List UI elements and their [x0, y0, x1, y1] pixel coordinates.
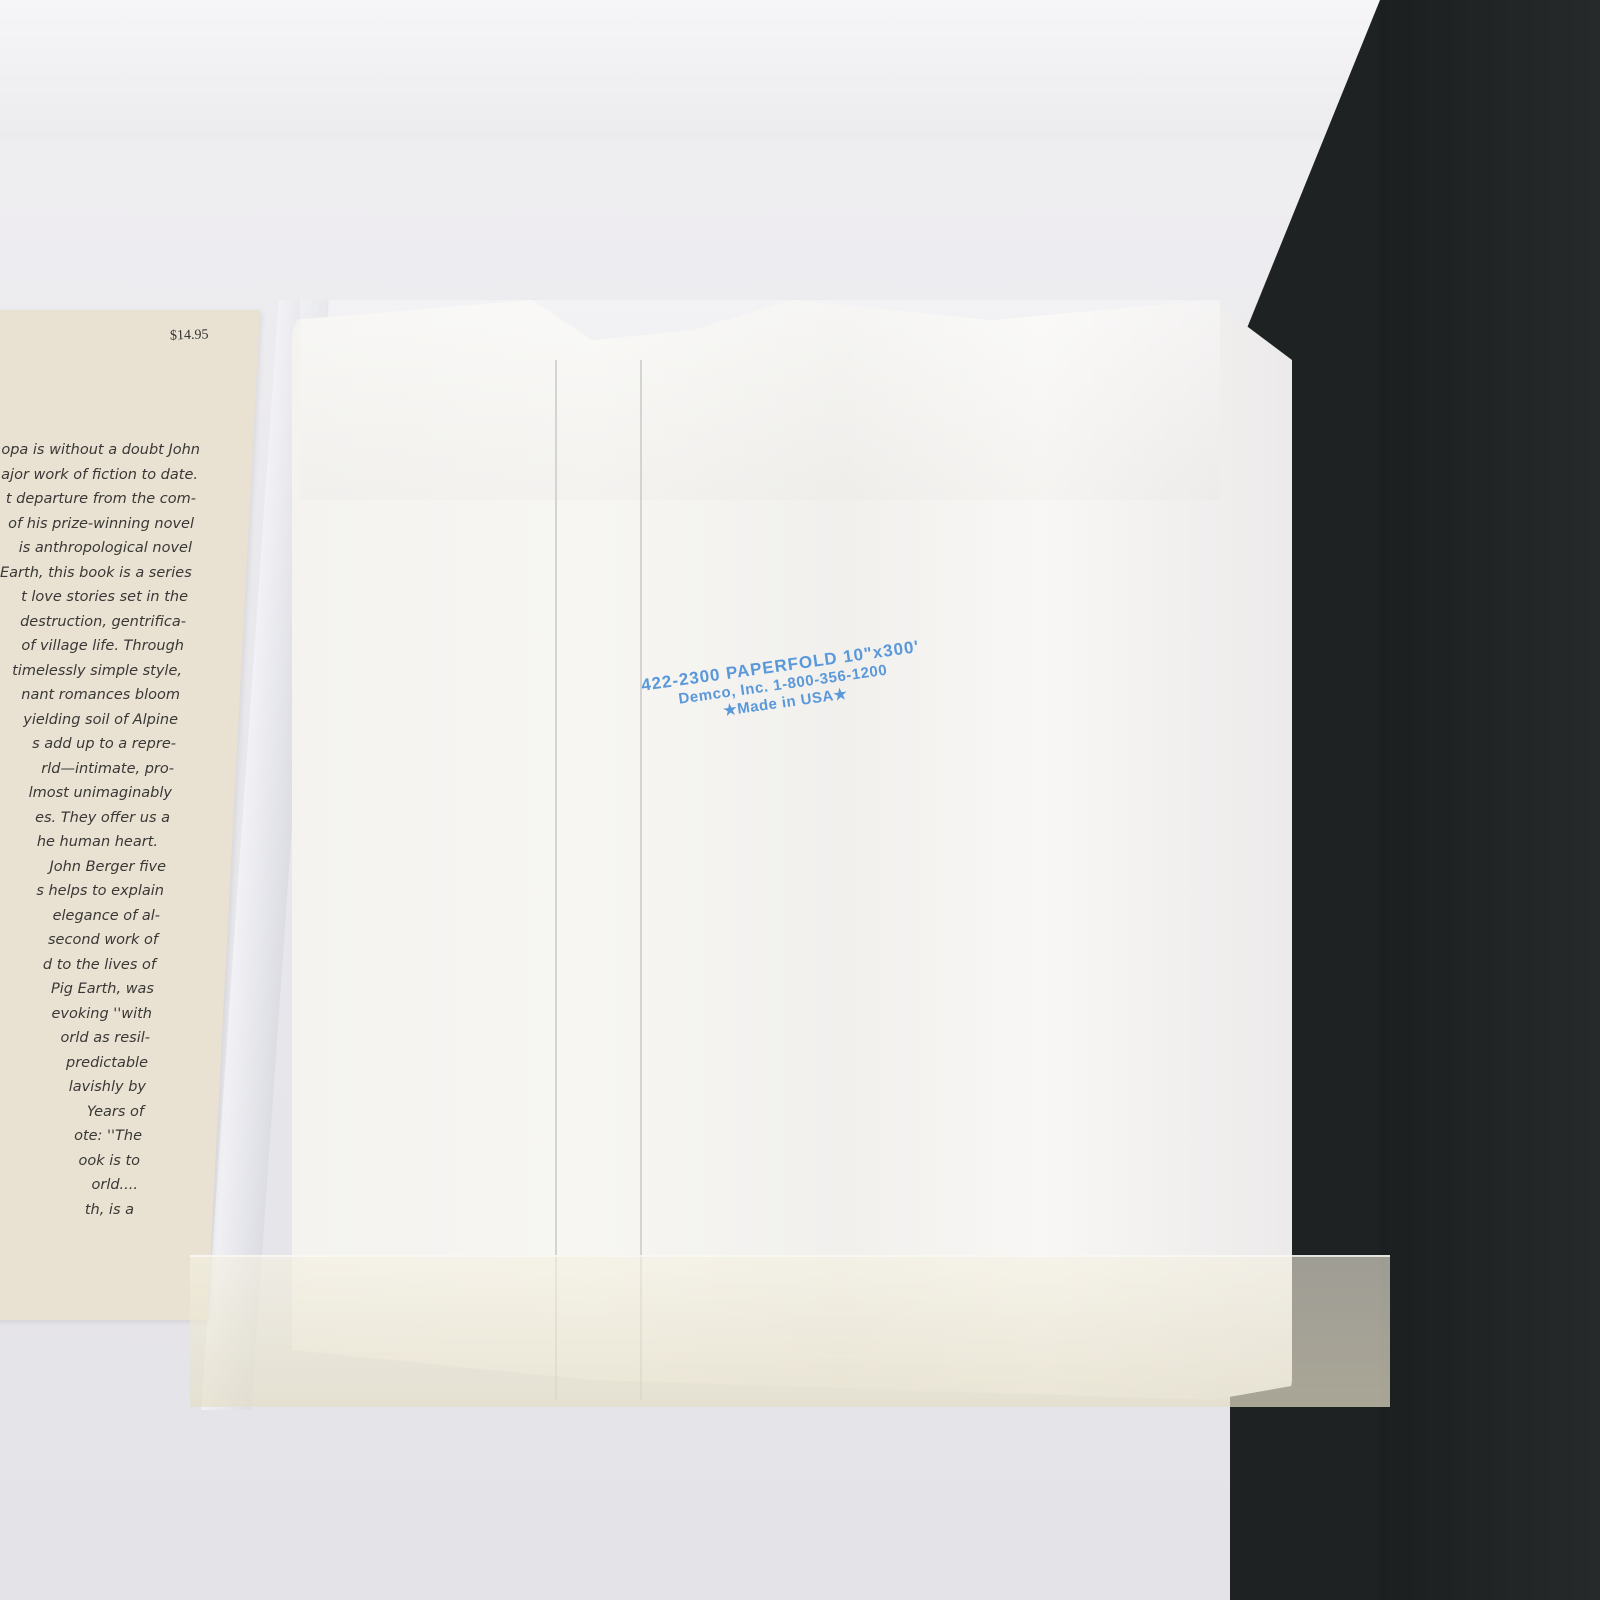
flap-text-line: nant romances bloom [0, 683, 180, 708]
black-board-shade [1380, 0, 1600, 1600]
flap-text-line: ook is to [0, 1149, 140, 1174]
flap-text-line: of village life. Through [0, 634, 184, 659]
jacket-flap-text: opa is without a doubt John ajor work of… [0, 438, 215, 1222]
flap-text-line: Pig Earth, was [0, 977, 154, 1002]
fold-line [640, 360, 642, 1400]
flap-text-line: John Berger five [0, 855, 166, 880]
flap-text-line: ote: ''The [0, 1124, 142, 1149]
flap-text-line: th, is a [0, 1198, 134, 1223]
flap-text-line: Earth, this book is a series [0, 561, 190, 586]
flap-text-line: ajor work of fiction to date. [0, 463, 198, 488]
flap-text-line: lavishly by [0, 1075, 146, 1100]
flap-text-line: yielding soil of Alpine [0, 708, 178, 733]
flap-text-line: Years of [0, 1100, 144, 1125]
flap-text-line: orld as resil- [0, 1026, 150, 1051]
price-label: $14.95 [170, 327, 209, 344]
flap-text-line: s add up to a repre- [0, 732, 176, 757]
flap-text-line: second work of [0, 928, 158, 953]
flap-text-line: es. They offer us a [0, 806, 170, 831]
flap-text-line: is anthropological novel [0, 536, 192, 561]
flap-text-line: evoking ''with [0, 1002, 152, 1027]
flap-text-line: d to the lives of [0, 953, 156, 978]
flap-text-line: destruction, gentrifica- [0, 610, 186, 635]
flap-text-line: he human heart. [0, 830, 158, 855]
fold-line [555, 360, 557, 1400]
flap-text-line: timelessly simple style, [0, 659, 182, 684]
flap-text-line: of his prize-winning novel [0, 512, 194, 537]
flap-text-line: s helps to explain [0, 879, 164, 904]
flap-text-line: elegance of al- [0, 904, 160, 929]
cover-top-fold [300, 300, 1220, 500]
flap-text-line: orld.... [0, 1173, 138, 1198]
flap-text-line: predictable [0, 1051, 148, 1076]
flap-text-line: lmost unimaginably [0, 781, 172, 806]
flap-text-line: opa is without a doubt John [0, 438, 200, 463]
flap-text-line: rld—intimate, pro- [0, 757, 174, 782]
flap-text-line: t love stories set in the [0, 585, 188, 610]
flap-text-line: t departure from the com- [0, 487, 196, 512]
cover-bottom-fold [190, 1255, 1390, 1407]
